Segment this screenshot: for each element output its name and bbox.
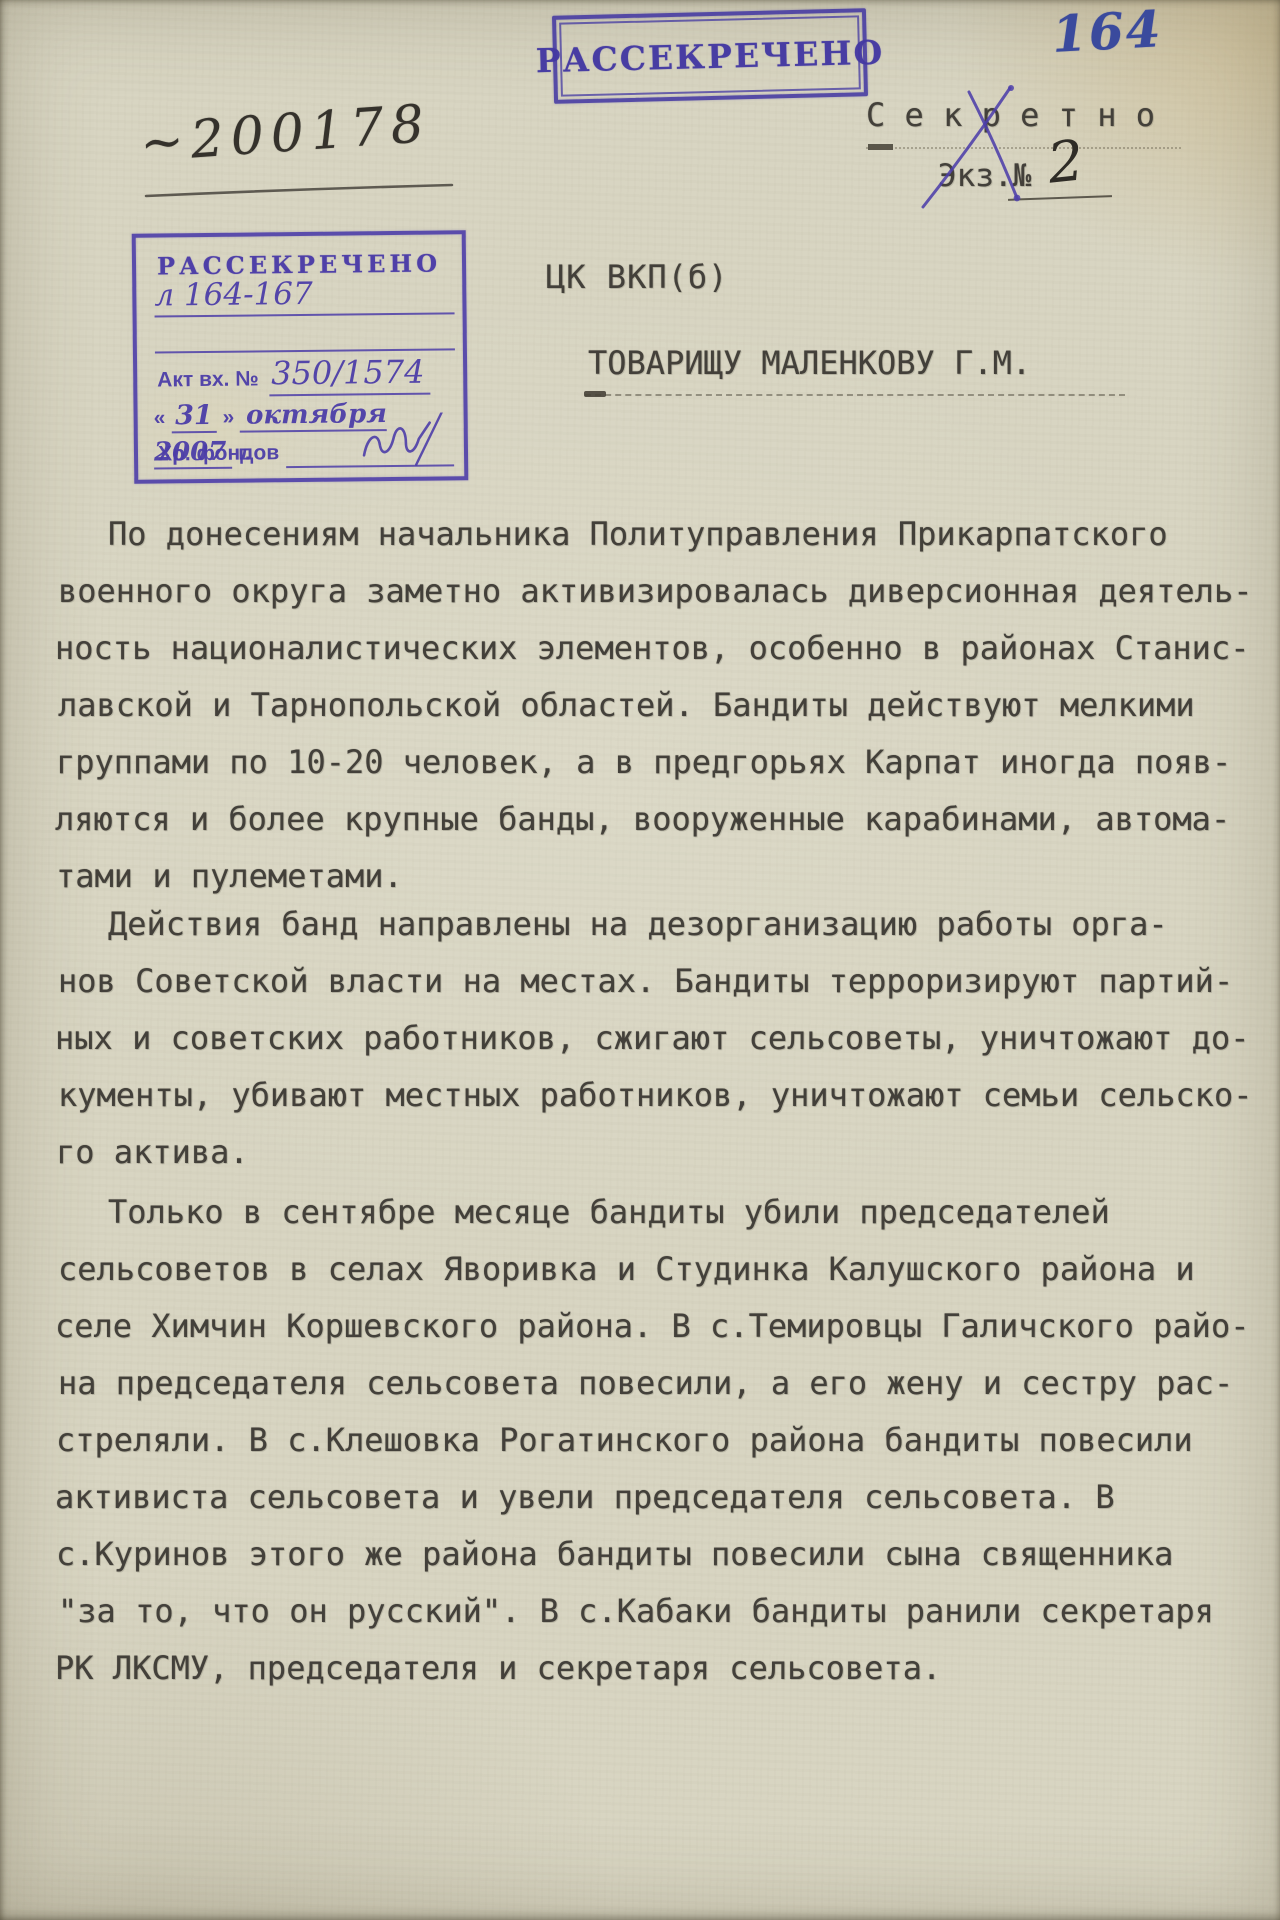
typewritten-line: ных и советских работников, сжигают сель… — [55, 1010, 1266, 1067]
stamp-quote-close: » — [222, 406, 234, 429]
registration-number-underline — [146, 185, 452, 196]
typewritten-line: РК ЛКСМУ, председателя и секретаря сельс… — [55, 1640, 1266, 1697]
stamp-date-day: 31 — [171, 400, 217, 433]
copy-number-underline — [1008, 195, 1112, 201]
body-paragraph-2: Действия банд направлены на дезорганизац… — [56, 896, 1266, 1181]
stamp-sheets-range: л 164-167 — [154, 274, 454, 317]
typewritten-line: Только в сентябре месяце бандиты убили п… — [56, 1184, 1266, 1241]
typewritten-line: на председателя сельсовета повесили, а е… — [58, 1355, 1266, 1412]
stamp-act-number: 350/1574 — [269, 353, 431, 397]
typewritten-line: По донесениям начальника Политуправления… — [56, 506, 1266, 563]
recipient-person: ТОВАРИЩУ МАЛЕНКОВУ Г.М. — [588, 344, 1031, 382]
typewritten-line: стреляли. В с.Клешовка Рогатинского райо… — [56, 1412, 1266, 1469]
typewritten-line: Действия банд направлены на дезорганизац… — [56, 896, 1266, 953]
typewritten-line: с.Куринов этого же района бандиты повеси… — [56, 1526, 1266, 1583]
handwritten-sheet-number: 164 — [1051, 0, 1164, 64]
declassified-banner-text: РАССЕКРЕЧЕНО — [535, 32, 884, 80]
typewritten-line: селе Химчин Коршевского района. В с.Теми… — [55, 1298, 1266, 1355]
typewritten-line: активиста сельсовета и увели председател… — [55, 1469, 1266, 1526]
secret-classification-label: С е к р е т н о — [866, 96, 1155, 134]
stamp-act-label: Акт вх. № — [157, 362, 259, 397]
body-paragraph-1: По донесениям начальника Политуправления… — [56, 506, 1266, 905]
typewritten-line: ность националистических элементов, особ… — [55, 620, 1266, 677]
recipient-organization: ЦК ВКП(б) — [546, 258, 728, 296]
typewritten-line: нов Советской власти на местах. Бандиты … — [58, 953, 1266, 1010]
typewritten-line: сельсоветов в селах Яворивка и Студинка … — [58, 1241, 1266, 1298]
handwritten-copy-number: 2 — [1045, 128, 1087, 196]
scanned-document-page: РАССЕКРЕЧЕНО 164 ~200178 С е к р е т н о… — [0, 0, 1280, 1920]
typewritten-line: лавской и Тарнопольской областей. Бандит… — [58, 677, 1266, 734]
body-paragraph-3: Только в сентябре месяце бандиты убили п… — [56, 1184, 1266, 1697]
stamp-blank-rule — [155, 318, 455, 353]
archivist-signature — [358, 412, 459, 473]
typewritten-line: кументы, убивают местных работников, уни… — [58, 1067, 1266, 1124]
typewritten-line: группами по 10-20 человек, а в предгорья… — [56, 734, 1266, 791]
stamp-fund-label: Хр. фондов — [158, 436, 280, 471]
declassified-banner-stamp: РАССЕКРЕЧЕНО — [552, 8, 868, 104]
typewritten-line: военного округа заметно активизировалась… — [58, 563, 1266, 620]
declassified-banner-inner-border: РАССЕКРЕЧЕНО — [559, 15, 861, 96]
typewritten-line: го актива. — [56, 1124, 1266, 1181]
typewritten-line: ляются и более крупные банды, вооруженны… — [55, 791, 1266, 848]
copy-number-label: Экз.№ — [938, 158, 1031, 194]
handwritten-registration-number: ~200178 — [138, 94, 433, 174]
typewritten-line: "за то, что он русский". В с.Кабаки банд… — [58, 1583, 1266, 1640]
stamp-quote-open: « — [154, 406, 166, 429]
recipient-underline-rule — [585, 394, 1125, 396]
declassification-act-stamp: РАССЕКРЕЧЕНО л 164-167 Акт вх. № 350/157… — [132, 230, 469, 483]
secret-dotted-rule — [866, 147, 1181, 149]
